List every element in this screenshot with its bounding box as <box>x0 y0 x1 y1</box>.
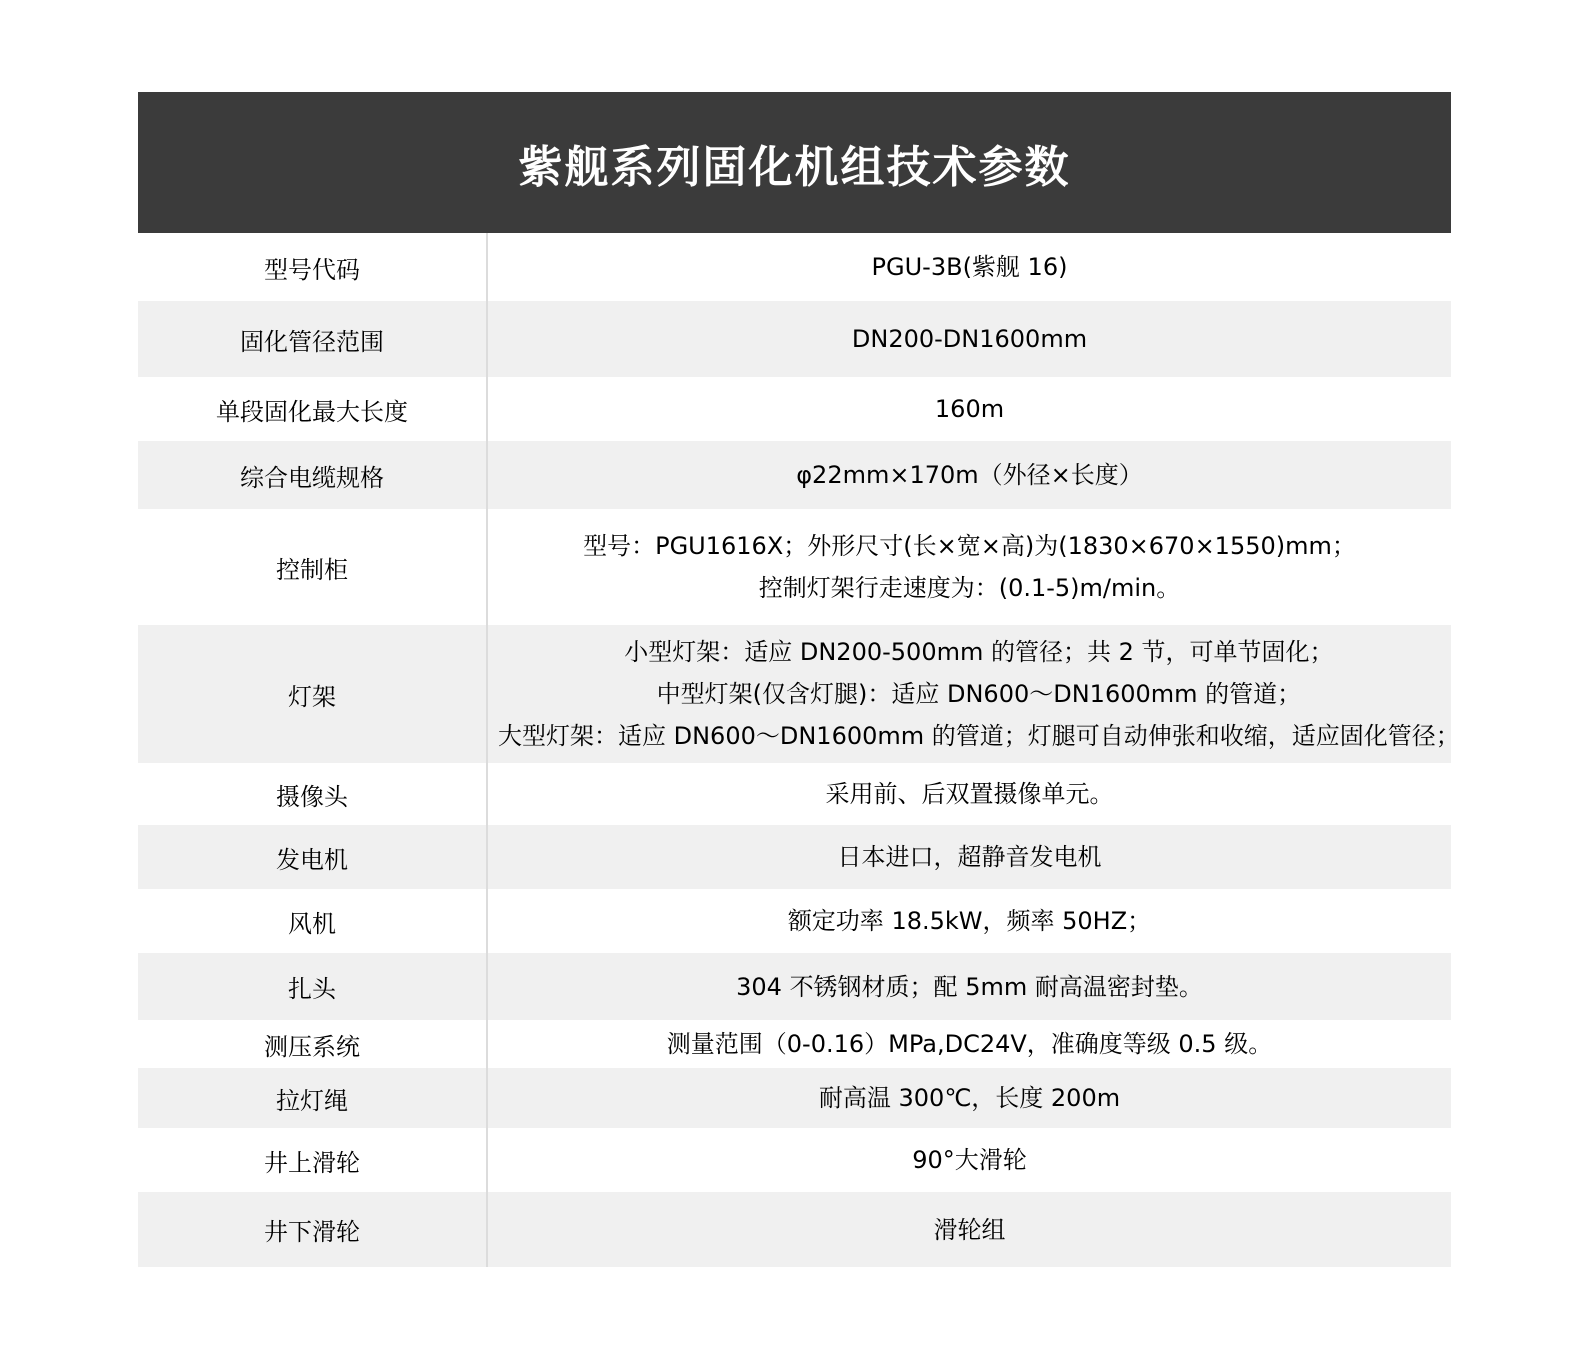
row-label: 固化管径范围 <box>138 301 488 377</box>
row-surface-pulley: 井上滑轮 90°大滑轮 <box>138 1128 1451 1192</box>
row-control-cabinet: 控制柜 型号：PGU1616X；外形尺寸(长×宽×高)为(1830×670×15… <box>138 509 1451 625</box>
row-value: 304 不锈钢材质；配 5mm 耐高温密封垫。 <box>488 953 1451 1020</box>
row-value: PGU-3B(紫舰 16) <box>488 233 1451 301</box>
page: 紫舰系列固化机组技术参数 型号代码 PGU-3B(紫舰 16) 固化管径范围 D… <box>0 0 1587 1360</box>
row-cable-spec: 综合电缆规格 φ22mm×170m（外径×长度） <box>138 441 1451 509</box>
row-value-line: 测量范围（0-0.16）MPa,DC24V，准确度等级 0.5 级。 <box>667 1023 1272 1065</box>
row-value: 测量范围（0-0.16）MPa,DC24V，准确度等级 0.5 级。 <box>488 1020 1451 1068</box>
row-lamp-pull-rope: 拉灯绳 耐高温 300℃，长度 200m <box>138 1068 1451 1128</box>
row-value-line: DN200-DN1600mm <box>852 318 1087 360</box>
row-label: 控制柜 <box>138 509 488 625</box>
row-max-curing-length: 单段固化最大长度 160m <box>138 377 1451 441</box>
row-value: 滑轮组 <box>488 1192 1451 1267</box>
row-label: 灯架 <box>138 625 488 763</box>
row-value: 日本进口，超静音发电机 <box>488 825 1451 889</box>
table-title: 紫舰系列固化机组技术参数 <box>519 131 1071 195</box>
row-value: 型号：PGU1616X；外形尺寸(长×宽×高)为(1830×670×1550)m… <box>488 509 1451 625</box>
row-value: 160m <box>488 377 1451 441</box>
row-value-line: 控制灯架行走速度为：(0.1-5)m/min。 <box>759 567 1181 609</box>
row-value-line: 额定功率 18.5kW，频率 50HZ； <box>788 900 1151 942</box>
row-value-line: φ22mm×170m（外径×长度） <box>796 454 1143 496</box>
row-value-line: 中型灯架(仅含灯腿)：适应 DN600～DN1600mm 的管道； <box>657 673 1302 715</box>
row-value: 小型灯架：适应 DN200-500mm 的管径；共 2 节，可单节固化； 中型灯… <box>488 625 1470 763</box>
row-value: 采用前、后双置摄像单元。 <box>488 763 1451 825</box>
row-label: 综合电缆规格 <box>138 441 488 509</box>
row-camera: 摄像头 采用前、后双置摄像单元。 <box>138 763 1451 825</box>
row-label: 测压系统 <box>138 1020 488 1068</box>
row-value-line: 160m <box>935 388 1004 430</box>
row-value-line: 日本进口，超静音发电机 <box>838 836 1102 878</box>
row-pipe-diameter-range: 固化管径范围 DN200-DN1600mm <box>138 301 1451 377</box>
row-label: 井下滑轮 <box>138 1192 488 1267</box>
row-value-line: 90°大滑轮 <box>912 1139 1027 1181</box>
row-value-line: 小型灯架：适应 DN200-500mm 的管径；共 2 节，可单节固化； <box>624 631 1333 673</box>
row-gland-head: 扎头 304 不锈钢材质；配 5mm 耐高温密封垫。 <box>138 953 1451 1020</box>
row-value: 耐高温 300℃，长度 200m <box>488 1068 1451 1128</box>
row-label: 风机 <box>138 889 488 953</box>
row-pressure-system: 测压系统 测量范围（0-0.16）MPa,DC24V，准确度等级 0.5 级。 <box>138 1020 1451 1068</box>
row-value: 额定功率 18.5kW，频率 50HZ； <box>488 889 1451 953</box>
row-value: 90°大滑轮 <box>488 1128 1451 1192</box>
row-label: 拉灯绳 <box>138 1068 488 1128</box>
row-downhole-pulley: 井下滑轮 滑轮组 <box>138 1192 1451 1267</box>
row-label: 扎头 <box>138 953 488 1020</box>
row-value-line: 滑轮组 <box>934 1209 1006 1251</box>
row-value: DN200-DN1600mm <box>488 301 1451 377</box>
spec-table: 紫舰系列固化机组技术参数 型号代码 PGU-3B(紫舰 16) 固化管径范围 D… <box>138 92 1451 1267</box>
row-label: 摄像头 <box>138 763 488 825</box>
row-lamp-frame: 灯架 小型灯架：适应 DN200-500mm 的管径；共 2 节，可单节固化； … <box>138 625 1451 763</box>
table-header: 紫舰系列固化机组技术参数 <box>138 92 1451 233</box>
row-value-line: PGU-3B(紫舰 16) <box>872 246 1068 288</box>
row-value: φ22mm×170m（外径×长度） <box>488 441 1451 509</box>
row-model-code: 型号代码 PGU-3B(紫舰 16) <box>138 233 1451 301</box>
row-label: 单段固化最大长度 <box>138 377 488 441</box>
row-label: 型号代码 <box>138 233 488 301</box>
row-label: 发电机 <box>138 825 488 889</box>
row-value-line: 型号：PGU1616X；外形尺寸(长×宽×高)为(1830×670×1550)m… <box>583 525 1356 567</box>
row-value-line: 304 不锈钢材质；配 5mm 耐高温密封垫。 <box>736 966 1203 1008</box>
row-fan: 风机 额定功率 18.5kW，频率 50HZ； <box>138 889 1451 953</box>
row-value-line: 采用前、后双置摄像单元。 <box>826 773 1114 815</box>
row-generator: 发电机 日本进口，超静音发电机 <box>138 825 1451 889</box>
row-label: 井上滑轮 <box>138 1128 488 1192</box>
row-value-line: 耐高温 300℃，长度 200m <box>819 1077 1120 1119</box>
row-value-line: 大型灯架：适应 DN600～DN1600mm 的管道；灯腿可自动伸张和收缩，适应… <box>498 715 1460 757</box>
